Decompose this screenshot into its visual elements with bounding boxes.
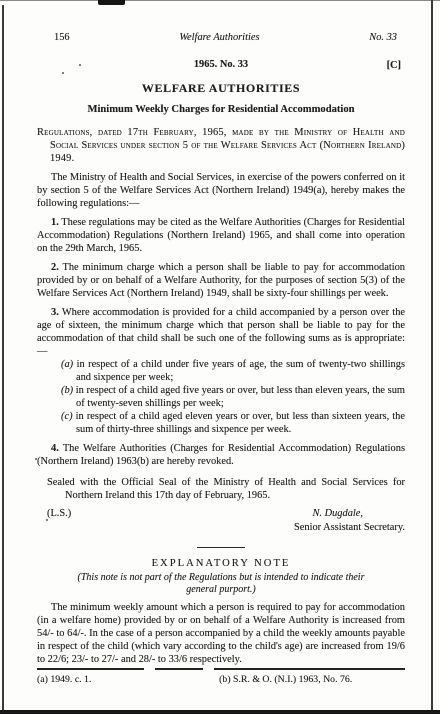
sub-item-c-text: in respect of a child aged eleven years … (76, 411, 405, 435)
regulation-2: 2. The minimum charge which a person sha… (37, 261, 405, 300)
sub-item-b: (b) in respect of a child aged five year… (37, 384, 405, 410)
explanatory-note-body: The minimum weekly amount which a person… (37, 601, 405, 666)
running-issue-number: No. 33 (369, 31, 405, 44)
running-head: 156 Welfare Authorities No. 33 (37, 31, 405, 44)
regulation-1-text: These regulations may be cited as the We… (37, 217, 405, 254)
signature-name: N. Dugdale, (312, 507, 363, 520)
explanatory-note-subheading: (This note is not part of the Regulation… (70, 572, 372, 596)
document-title: WELFARE AUTHORITIES (37, 82, 405, 95)
document-subtitle: Minimum Weekly Charges for Residential A… (37, 103, 405, 116)
signature-title: Senior Assistant Secretary. (294, 521, 405, 534)
sub-item-c-label: (c) (61, 411, 73, 422)
footnotes: (a) 1949. c. 1. (b) S.R. & O. (N.I.) 196… (37, 673, 405, 686)
regulation-2-number: 2. (51, 262, 59, 273)
footnote-rule (37, 668, 405, 670)
sub-item-a-label: (a) (61, 359, 73, 370)
scan-edge-bottom (0, 710, 440, 714)
sub-item-a: (a) in respect of a child under five yea… (37, 358, 405, 384)
signature-block: (L.S.) N. Dugdale, Senior Assistant Secr… (37, 507, 405, 539)
regulation-1: 1. These regulations may be cited as the… (37, 216, 405, 255)
regulation-1-number: 1. (51, 217, 59, 228)
preamble: Regulations, dated 17th February, 1965, … (37, 126, 405, 165)
footnote-b: (b) S.R. & O. (N.I.) 1963, No. 76. (219, 673, 405, 686)
sub-item-c: (c) in respect of a child aged eleven ye… (37, 410, 405, 436)
regulation-3-text: Where accommodation is provided for a ch… (37, 307, 405, 357)
regulation-3-number: 3. (51, 307, 59, 318)
footnote-a: (a) 1949. c. 1. (37, 673, 219, 686)
sealing-clause: Sealed with the Official Seal of the Min… (37, 476, 405, 502)
regulation-4: 4. The Welfare Authorities (Charges for … (37, 442, 405, 468)
document-content: 156 Welfare Authorities No. 33 1965. No.… (37, 0, 405, 686)
regulation-3: 3. Where accommodation is provided for a… (37, 306, 405, 358)
running-title: Welfare Authorities (179, 31, 259, 44)
regulation-4-text: The Welfare Authorities (Charges for Res… (37, 443, 405, 467)
sub-item-b-label: (b) (61, 385, 73, 396)
scanned-document-page: 156 Welfare Authorities No. 33 1965. No.… (0, 0, 440, 715)
explanatory-note-heading: EXPLANATORY NOTE (37, 557, 405, 570)
sub-item-a-text: in respect of a child under five years o… (76, 359, 405, 383)
intro-paragraph: The Ministry of Health and Social Servic… (37, 171, 405, 210)
citation-row: 1965. No. 33 [C] (37, 58, 405, 71)
seal-mark: (L.S.) (47, 507, 71, 520)
citation-line: 1965. No. 33 (194, 59, 248, 70)
scan-edge-right (431, 0, 433, 714)
regulation-2-text: The minimum charge which a person shall … (37, 262, 405, 299)
category-mark: [C] (387, 59, 401, 72)
scan-edge-left (2, 5, 4, 714)
regulation-4-number: 4. (51, 443, 59, 454)
section-divider (197, 547, 245, 548)
page-number: 156 (37, 31, 70, 44)
sub-item-b-text: in respect of a child aged five years or… (76, 385, 405, 409)
